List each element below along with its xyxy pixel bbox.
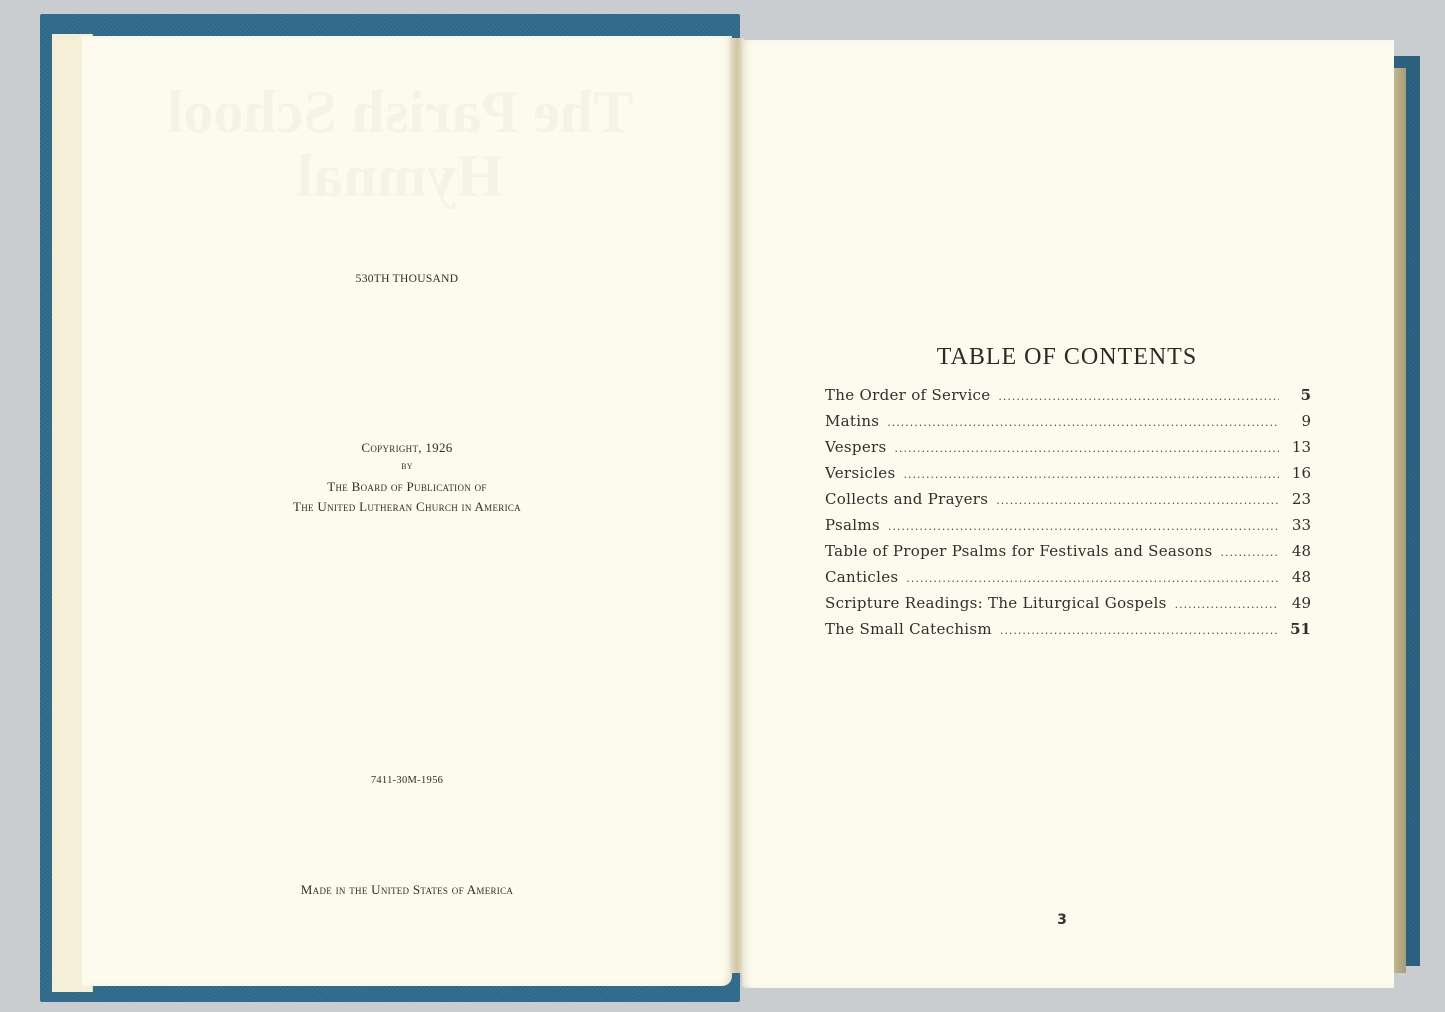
page-number: 3	[1052, 912, 1072, 928]
toc-entry-page: 33	[1279, 516, 1311, 534]
toc-entry-page: 13	[1279, 438, 1311, 456]
toc-entry: Scripture Readings: The Liturgical Gospe…	[825, 594, 1311, 620]
toc-entry-label: Versicles	[825, 464, 903, 482]
toc-entry-label: Collects and Prayers	[825, 490, 996, 508]
toc-entry: Versicles 16	[825, 464, 1311, 490]
show-through-line-2: Hymnal	[100, 144, 700, 208]
toc-entry-label: The Small Catechism	[825, 620, 1000, 638]
toc-entry-page: 51	[1279, 620, 1311, 638]
toc-leader-dots	[906, 572, 1279, 585]
made-in-line: Made in the United States of America	[82, 882, 732, 898]
toc-entry: Matins 9	[825, 412, 1311, 438]
toc-entry-label: Scripture Readings: The Liturgical Gospe…	[825, 594, 1175, 612]
toc-leader-dots	[894, 442, 1279, 455]
toc-leader-dots	[1220, 546, 1279, 559]
toc-entry-label: The Order of Service	[825, 386, 998, 404]
toc-entry-page: 9	[1279, 412, 1311, 430]
publisher-line-2: The United Lutheran Church in America	[82, 499, 732, 515]
printing-number: 530TH THOUSAND	[82, 273, 732, 285]
toc-entry-page: 49	[1279, 594, 1311, 612]
toc-entry-label: Canticles	[825, 568, 906, 586]
toc-leader-dots	[996, 494, 1279, 507]
toc-entry-label: Vespers	[825, 438, 894, 456]
toc-entry: The Order of Service 5	[825, 386, 1311, 412]
toc-entry-page: 48	[1279, 542, 1311, 560]
show-through-line-1: The Parish School	[100, 80, 700, 144]
toc-entry: The Small Catechism 51	[825, 620, 1311, 646]
toc-leader-dots	[887, 416, 1279, 429]
print-code: 7411-30M-1956	[82, 775, 732, 786]
toc-leader-dots	[1000, 624, 1279, 637]
toc-entry-page: 48	[1279, 568, 1311, 586]
toc-entry-page: 16	[1279, 464, 1311, 482]
toc-entry-label: Psalms	[825, 516, 888, 534]
toc-entry: Collects and Prayers 23	[825, 490, 1311, 516]
toc-leader-dots	[903, 468, 1279, 481]
copyright-by: by	[82, 460, 732, 472]
toc-entry: Canticles 48	[825, 568, 1311, 594]
publisher-line-1: The Board of Publication of	[82, 479, 732, 495]
toc-entry-page: 5	[1279, 386, 1311, 404]
toc-leader-dots	[1175, 598, 1279, 611]
toc-entry: Vespers 13	[825, 438, 1311, 464]
toc-title: TABLE OF CONTENTS	[742, 344, 1392, 371]
toc-list: The Order of Service 5 Matins 9 Vespers …	[825, 386, 1311, 646]
show-through-title: The Parish School Hymnal	[100, 80, 700, 208]
toc-leader-dots	[888, 520, 1279, 533]
toc-entry: Psalms 33	[825, 516, 1311, 542]
toc-entry-label: Matins	[825, 412, 887, 430]
toc-entry: Table of Proper Psalms for Festivals and…	[825, 542, 1311, 568]
toc-entry-page: 23	[1279, 490, 1311, 508]
toc-leader-dots	[998, 390, 1279, 403]
copyright-line: Copyright, 1926	[82, 440, 732, 456]
toc-entry-label: Table of Proper Psalms for Festivals and…	[825, 542, 1220, 560]
